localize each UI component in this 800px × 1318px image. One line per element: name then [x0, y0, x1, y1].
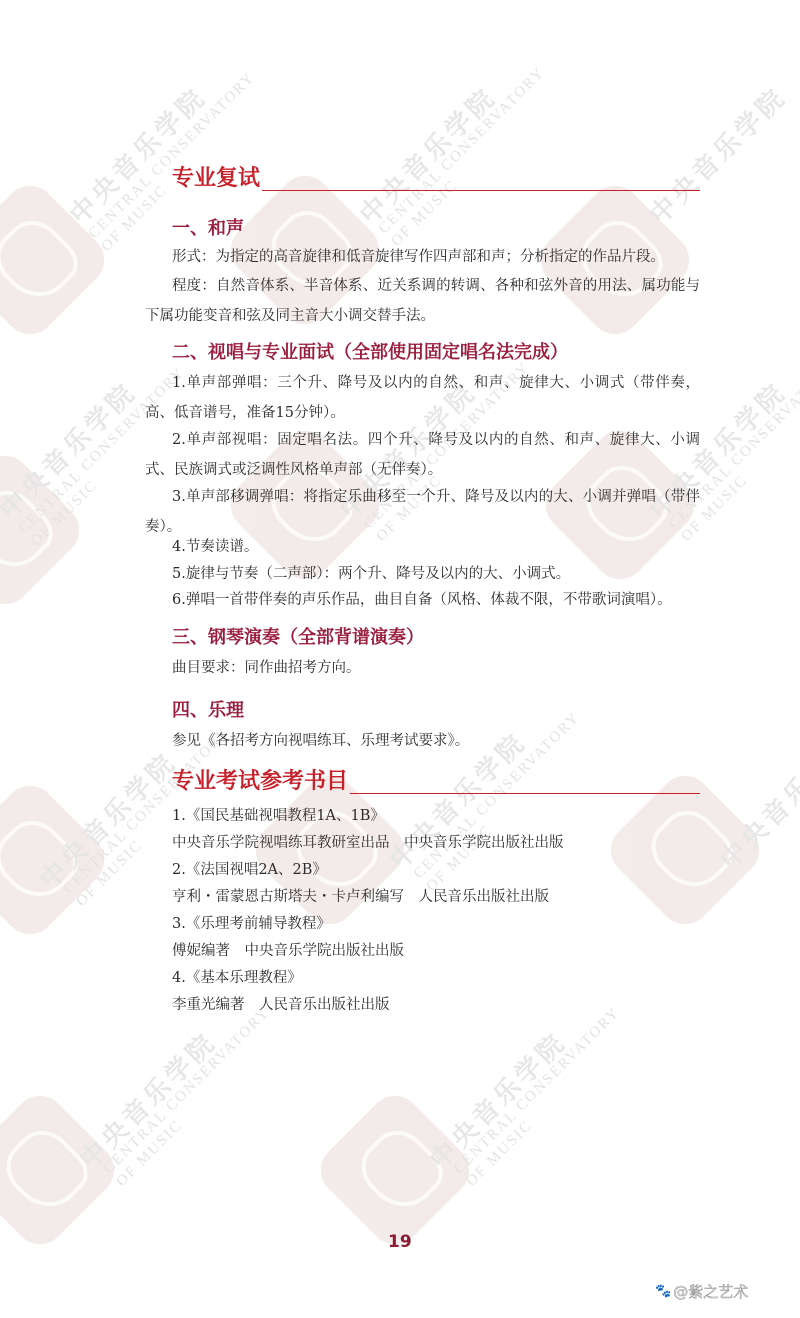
book-info: 傅妮编著 中央音乐学院出版社出版: [172, 938, 404, 964]
book-info: 亨利・雷蒙恩古斯塔夫・卡卢利编写 人民音乐出版社出版: [172, 884, 549, 910]
book-title: 1.《国民基础视唱教程1A、1B》: [172, 803, 385, 829]
paragraph: 4.节奏读谱。: [145, 532, 700, 562]
heading-underline: [350, 793, 700, 794]
heading-underline: [262, 190, 700, 191]
source-credit: 🐾 @紫之艺术: [655, 1281, 748, 1302]
book-title: 3.《乐理考前辅导教程》: [172, 911, 331, 937]
section-title: 专业考试参考书目: [172, 769, 348, 795]
book-info: 李重光编著 人民音乐出版社出版: [172, 992, 390, 1018]
section-title: 专业复试: [172, 166, 260, 192]
paragraph: 曲目要求：同作曲招考方向。: [145, 653, 700, 683]
book-info: 中央音乐学院视唱练耳教研室出品 中央音乐学院出版社出版: [172, 830, 564, 856]
document-page: 专业复试 一、和声 形式：为指定的高音旋律和低音旋律写作四声部和声；分析指定的作…: [0, 0, 800, 1318]
subsection-heading-piano: 三、钢琴演奏（全部背谱演奏）: [172, 626, 424, 650]
book-title: 2.《法国视唱2A、2B》: [172, 857, 327, 883]
book-title: 4.《基本乐理教程》: [172, 965, 302, 991]
section-heading-reference-books: 专业考试参考书目: [172, 769, 700, 795]
paragraph: 形式：为指定的高音旋律和低音旋律写作四声部和声；分析指定的作品片段。: [145, 242, 700, 272]
subsection-heading-sight-singing: 二、视唱与专业面试（全部使用固定唱名法完成）: [172, 341, 568, 365]
paragraph: 1.单声部弹唱：三个升、降号及以内的自然、和声、旋律大、小调式（带伴奏，高、低音…: [145, 368, 700, 428]
paragraph: 程度：自然音体系、半音体系、近关系调的转调、各种和弦外音的用法、属功能与下属功能…: [145, 271, 700, 331]
paw-icon: 🐾: [655, 1284, 671, 1299]
paragraph: 2.单声部视唱：固定唱名法。四个升、降号及以内的自然、和声、旋律大、小调式、民族…: [145, 425, 700, 485]
paragraph: 6.弹唱一首带伴奏的声乐作品，曲目自备（风格、体裁不限，不带歌词演唱）。: [145, 585, 700, 615]
credit-text: @紫之艺术: [673, 1281, 748, 1302]
paragraph: 参见《各招考方向视唱练耳、乐理考试要求》。: [145, 726, 700, 756]
page-number: 19: [388, 1232, 412, 1252]
subsection-heading-harmony: 一、和声: [172, 217, 244, 241]
section-heading-retest: 专业复试: [172, 166, 700, 192]
subsection-heading-music-theory: 四、乐理: [172, 699, 244, 723]
